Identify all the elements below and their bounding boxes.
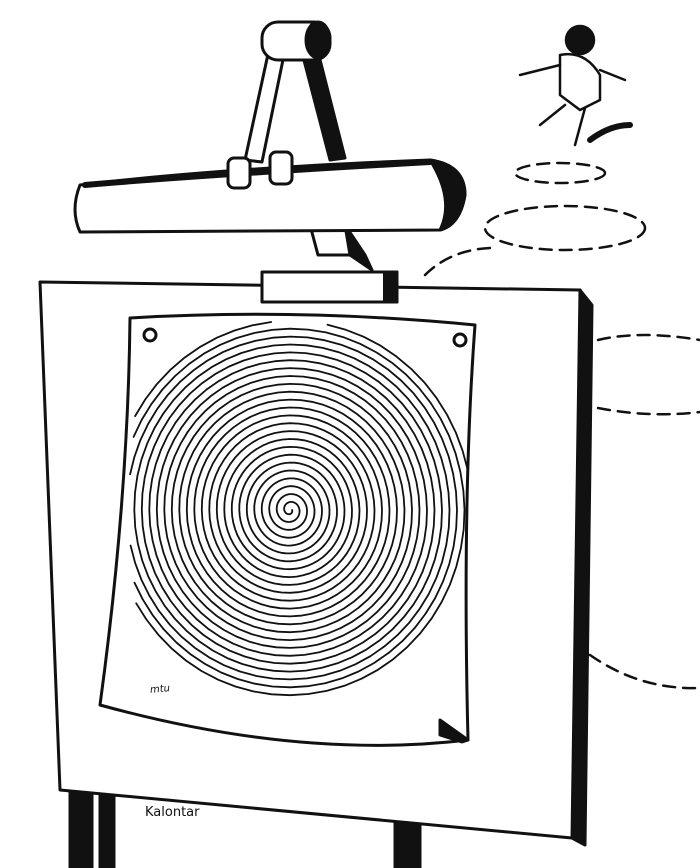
- easel-clamp: [262, 272, 397, 302]
- canvas-signature: mtu: [150, 683, 171, 696]
- lamp-arm: [245, 22, 372, 270]
- illustration-drawing: [0, 0, 700, 868]
- spiral-canvas: [100, 314, 475, 745]
- lamp-shade: [75, 152, 465, 232]
- dizzy-figure: [520, 26, 630, 145]
- artist-signature: Kalontar: [145, 805, 199, 820]
- cartoon-illustration: Kalontar mtu: [0, 0, 700, 868]
